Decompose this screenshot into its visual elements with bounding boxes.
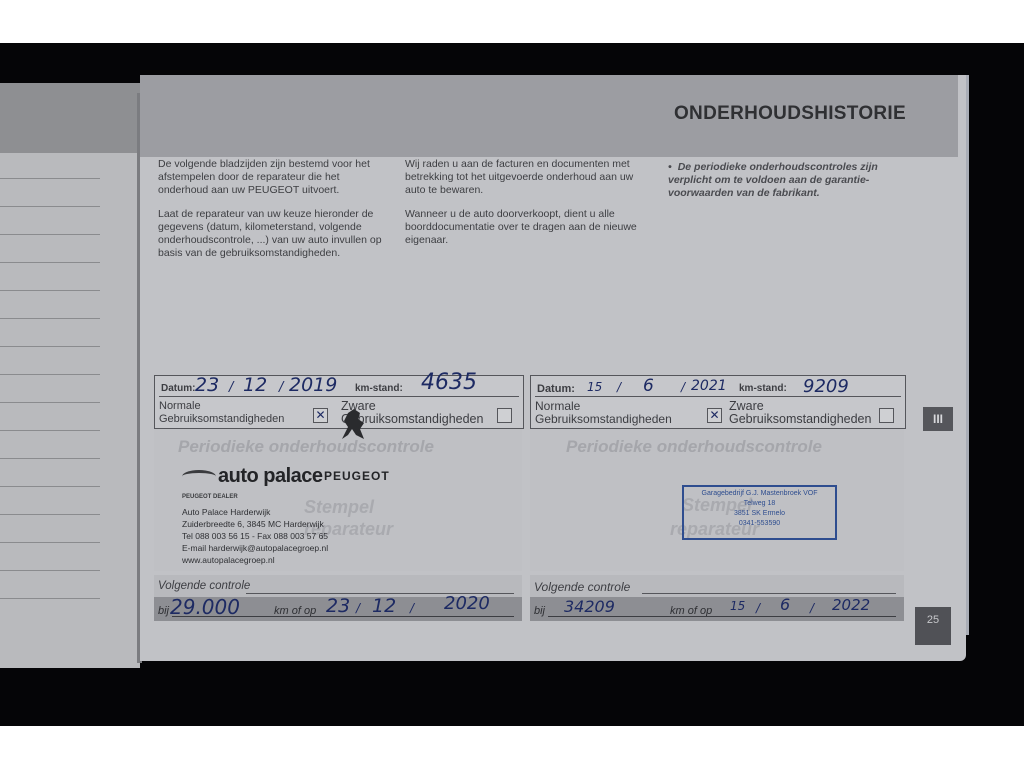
intro-column-2: Wij raden u aan de facturen en documente…: [405, 158, 649, 258]
usage-row: Normale Gebruiksomstandigheden ✕ Zware G…: [535, 398, 901, 426]
intro-paragraph: Laat de reparateur van uw keuze hieronde…: [158, 208, 386, 260]
date-separator: /: [410, 601, 414, 615]
stamp-area: Periodieke onderhoudscontrole Stempel re…: [530, 429, 904, 571]
date-day: 15: [587, 380, 602, 394]
normal-conditions-checkbox[interactable]: ✕: [313, 408, 328, 423]
next-control-label: Volgende controle: [534, 580, 630, 594]
next-control-box: Volgende controle bij 34209 km of op 15 …: [530, 575, 898, 623]
date-day: 23: [195, 374, 219, 396]
maintenance-entry-1: Datum: 23 / 12 / 2019 km-stand: 4635 Nor…: [154, 375, 524, 633]
date-separator: /: [756, 601, 760, 615]
km-stand-value: 4635: [421, 370, 477, 395]
intro-column-1: De volgende bladzijden zijn bestemd voor…: [158, 158, 386, 271]
header-band: ONDERHOUDSHISTORIE: [140, 75, 958, 157]
date-month: 12: [243, 374, 267, 396]
page-number: 25: [915, 607, 951, 645]
next-date-year: 2020: [444, 593, 490, 614]
intro-paragraph: Wij raden u aan de facturen en documente…: [405, 158, 649, 197]
next-control-value-row: bij 34209 km of op 15 / 6 / 2022: [530, 597, 904, 621]
km-stand-label: km-stand:: [355, 383, 403, 394]
date-year: 2021: [691, 378, 727, 394]
date-year: 2019: [289, 374, 337, 396]
dealer-website: www.autopalacegroep.nl: [182, 554, 442, 566]
garage-name: Garagebedrijf G.J. Mastenbroek VOF: [684, 489, 835, 499]
intro-paragraph: Wanneer u de auto doorverkoopt, dient u …: [405, 208, 649, 247]
next-km-value: 34209: [564, 597, 615, 616]
section-tab-marker: III: [923, 407, 953, 431]
normal-conditions-label: Normale Gebruiksomstandigheden: [535, 400, 685, 426]
right-page: ONDERHOUDSHISTORIE De volgende bladzijde…: [140, 75, 966, 661]
periodic-control-heading: Periodieke onderhoudscontrole: [566, 437, 822, 457]
garage-phone: 0341-553590: [684, 519, 835, 529]
stamp-area: Periodieke onderhoudscontrole Stempel re…: [154, 429, 522, 571]
next-date-day: 15: [730, 599, 745, 613]
dealer-phone: Tel 088 003 56 15 - Fax 088 003 57 65: [182, 530, 442, 542]
km-stand-value: 9209: [803, 376, 849, 397]
dealer-stamp: auto palace PEUGEOT DEALER Auto Palace H…: [182, 465, 442, 566]
datum-row: Datum: 23 / 12 / 2019 km-stand: 4635: [159, 380, 519, 397]
peugeot-lion-icon: [334, 407, 370, 441]
datum-row: Datum: 15 / 6 / 2021 km-stand: 9209: [535, 380, 901, 397]
underline: [172, 616, 514, 617]
next-control-box: Volgende controle bij 29.000 km of op 23…: [154, 575, 522, 623]
underline: [642, 593, 896, 594]
date-separator: /: [356, 601, 360, 615]
next-control-label: Volgende controle: [158, 580, 250, 592]
date-separator: /: [681, 380, 685, 394]
next-date-year: 2022: [832, 596, 870, 614]
peugeot-wordmark: PEUGEOT: [324, 469, 390, 483]
periodic-control-heading: Periodieke onderhoudscontrole: [178, 437, 434, 457]
left-page: [0, 83, 140, 668]
left-page-header-band: [0, 83, 140, 153]
bullet-icon: •: [668, 161, 672, 173]
dealer-email: E-mail harderwijk@autopalacegroep.nl: [182, 542, 442, 554]
heavy-conditions-checkbox[interactable]: [497, 408, 512, 423]
next-date-month: 12: [372, 595, 396, 617]
bij-label: bij: [534, 605, 545, 617]
intro-paragraph: De volgende bladzijden zijn bestemd voor…: [158, 158, 386, 197]
dealer-address: Zuiderbreedte 6, 3845 MC Harderwijk: [182, 518, 442, 530]
garage-street: Telweg 18: [684, 499, 835, 509]
garage-city: 3851 SK Ermelo: [684, 509, 835, 519]
next-date-day: 23: [326, 595, 350, 617]
date-separator: /: [810, 601, 814, 615]
date-separator: /: [617, 380, 621, 394]
dealer-brand-text: auto palace: [218, 465, 323, 487]
normal-conditions-label: Normale Gebruiksomstandigheden: [159, 400, 309, 426]
heavy-conditions-checkbox[interactable]: [879, 408, 894, 423]
intro-column-3: •De periodieke onderhoudscontroles zijn …: [668, 161, 913, 200]
next-date-month: 6: [780, 595, 790, 614]
dealer-name: Auto Palace Harderwijk: [182, 506, 442, 518]
garage-stamp: Garagebedrijf G.J. Mastenbroek VOF Telwe…: [682, 485, 837, 540]
datum-label: Datum:: [537, 383, 575, 395]
next-control-value-row: bij 29.000 km of op 23 / 12 / 2020: [154, 597, 522, 621]
entry-header-box: Datum: 15 / 6 / 2021 km-stand: 9209 Norm…: [530, 375, 906, 429]
date-separator: /: [279, 380, 283, 395]
bij-label: bij: [158, 605, 169, 617]
left-page-ruled-lines: [0, 178, 100, 626]
date-separator: /: [229, 380, 233, 395]
photo-background: ONDERHOUDSHISTORIE De volgende bladzijde…: [0, 43, 1024, 726]
dealer-brand: auto palace: [182, 465, 442, 488]
next-control-label-row: Volgende controle: [530, 575, 904, 597]
normal-conditions-checkbox[interactable]: ✕: [707, 408, 722, 423]
maintenance-entry-2: Datum: 15 / 6 / 2021 km-stand: 9209 Norm…: [530, 375, 900, 633]
swoosh-logo-icon: [182, 470, 216, 483]
date-month: 6: [643, 376, 654, 396]
page-title: ONDERHOUDSHISTORIE: [674, 103, 906, 125]
dealer-subtitle: PEUGEOT DEALER: [182, 494, 442, 500]
datum-label: Datum:: [161, 383, 195, 394]
warranty-note: De periodieke onderhoudscontroles zijn v…: [668, 161, 878, 199]
underline: [548, 616, 896, 617]
km-stand-label: km-stand:: [739, 383, 787, 394]
heavy-conditions-label: Zware Gebruiksomstandigheden: [729, 400, 879, 426]
